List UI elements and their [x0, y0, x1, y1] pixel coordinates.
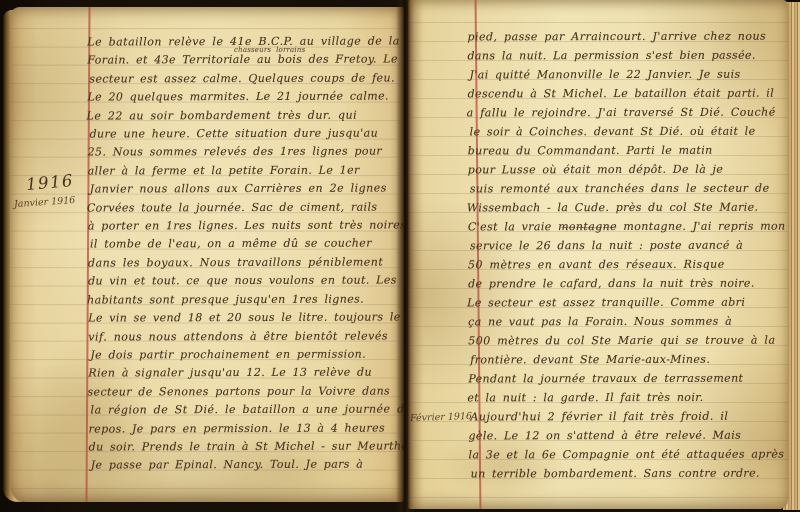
handwritten-line: gèle. Le 12 on s'attend à être relevé. M…	[468, 426, 788, 446]
book-gutter	[396, 0, 414, 512]
margin-note-month: Janvier 1916	[14, 195, 76, 210]
handwritten-line: Forain. et 43e Territoriale au bois des …	[87, 51, 403, 71]
handwritten-line: bureau du Commandant. Parti le matin	[468, 141, 788, 161]
left-page: 1916 Janvier 1916 chasseurs lorrains Le …	[10, 7, 404, 502]
handwritten-line: Le secteur est assez tranquille. Comme a…	[467, 293, 788, 313]
handwritten-line: la région de St Dié. le bataillon a une …	[91, 401, 404, 421]
handwritten-line: pied, passe par Arraincourt. J'arrive ch…	[467, 27, 788, 47]
handwritten-line: Pendant la journée travaux de terrasseme…	[468, 369, 788, 389]
handwritten-line: a fallu le rejoindre. J'ai traversé St D…	[467, 103, 788, 123]
handwritten-line: du soir. Prends le train à St Michel - s…	[89, 437, 404, 457]
handwritten-line: aller à la ferme et la petite Forain. Le…	[88, 161, 404, 181]
handwritten-line: Rien à signaler jusqu'au 12. Le 13 relèv…	[88, 364, 404, 384]
handwritten-line: frontière. devant Ste Marie-aux-Mines.	[470, 350, 788, 370]
handwritten-line: à porter en 1res lignes. Les nuits sont …	[88, 217, 404, 237]
handwritten-line: 50 mètres en avant des réseaux. Risque	[468, 255, 788, 275]
handwritten-line: dans les boyaux. Nous travaillons pénibl…	[88, 253, 404, 273]
right-page: Février 1916 pied, passe par Arraincourt…	[408, 0, 788, 509]
handwritten-line: Le vin se vend 18 et 20 sous le litre. t…	[88, 309, 404, 329]
handwritten-line: Janvier nous allons aux Carrières en 2e …	[90, 180, 404, 200]
handwritten-line: ça ne vaut pas la Forain. Nous sommes à	[468, 312, 788, 332]
handwritten-line: Le bataillon relève le 41e B.C.P. au vil…	[87, 32, 403, 52]
handwritten-line: le soir à Coinches. devant St Dié. où ét…	[470, 122, 788, 142]
right-page-text: pied, passe par Arraincourt. J'arrive ch…	[467, 27, 788, 484]
handwritten-line: Je passe par Epinal. Nancy. Toul. Je par…	[91, 456, 404, 476]
notebook-scan: 1916 Janvier 1916 chasseurs lorrains Le …	[0, 0, 800, 512]
handwritten-line: vif. nous nous attendons à être bientôt …	[88, 327, 404, 347]
handwritten-line: un terrible bombardement. Sans contre or…	[471, 464, 788, 484]
handwritten-line: Wissembach - la Cude. près du col Ste Ma…	[467, 198, 788, 218]
margin-note-month: Février 1916	[410, 411, 472, 424]
handwritten-line: C'est la vraie m̶o̶n̶t̶a̶g̶n̶e̶ montagne…	[468, 217, 788, 237]
handwritten-line: descendu à St Michel. Le bataillon était…	[468, 84, 788, 104]
margin-note-year: 1916	[25, 171, 74, 194]
handwritten-line: Le 22 au soir bombardement très dur. qui	[86, 106, 402, 126]
handwritten-line: pour Lusse où était mon dépôt. De là je	[468, 160, 788, 180]
handwritten-line: J'ai quitté Manonville le 22 Janvier. Je…	[470, 65, 788, 85]
handwritten-line: du vin et tout. ce que nous voulons en t…	[88, 272, 404, 292]
handwritten-line: et la nuit : la garde. Il fait très noir…	[467, 388, 788, 408]
left-page-text: Le bataillon relève le 41e B.C.P. au vil…	[87, 32, 404, 475]
handwritten-line: suis remonté aux tranchées dans le secte…	[470, 179, 788, 199]
handwritten-line: service le 26 dans la nuit : poste avanc…	[470, 236, 788, 256]
handwritten-line: secteur est assez calme. Quelques coups …	[89, 69, 404, 89]
handwritten-line: dure une heure. Cette situation dure jus…	[90, 124, 404, 144]
handwritten-line: habitants sont presque jusqu'en 1res lig…	[87, 290, 403, 310]
handwritten-line: repos. Je pars en permission. le 13 à 4 …	[89, 419, 404, 439]
handwritten-line: de prendre le cafard, dans la nuit très …	[468, 274, 788, 294]
handwritten-line: Corvées toute la journée. Sac de ciment,…	[87, 198, 403, 218]
handwritten-line: Je dois partir prochainement en permissi…	[90, 345, 404, 365]
handwritten-line: la 3e et la 6e Compagnie ont été attaqué…	[468, 445, 788, 465]
handwritten-line: 25. Nous sommes relevés des 1res lignes …	[88, 143, 404, 163]
handwritten-line: secteur de Senones partons pour la Voivr…	[87, 382, 403, 402]
handwritten-line: 500 mètres du col Ste Marie qui se trouv…	[468, 331, 788, 351]
handwritten-line: Le 20 quelques marmites. Le 21 journée c…	[87, 88, 403, 108]
handwritten-line: Aujourd'hui 2 février il fait très froid…	[470, 407, 788, 427]
handwritten-line: il tombe de l'eau, on a même dû se couch…	[90, 235, 404, 255]
handwritten-line: dans la nuit. La permission s'est bien p…	[467, 46, 788, 66]
